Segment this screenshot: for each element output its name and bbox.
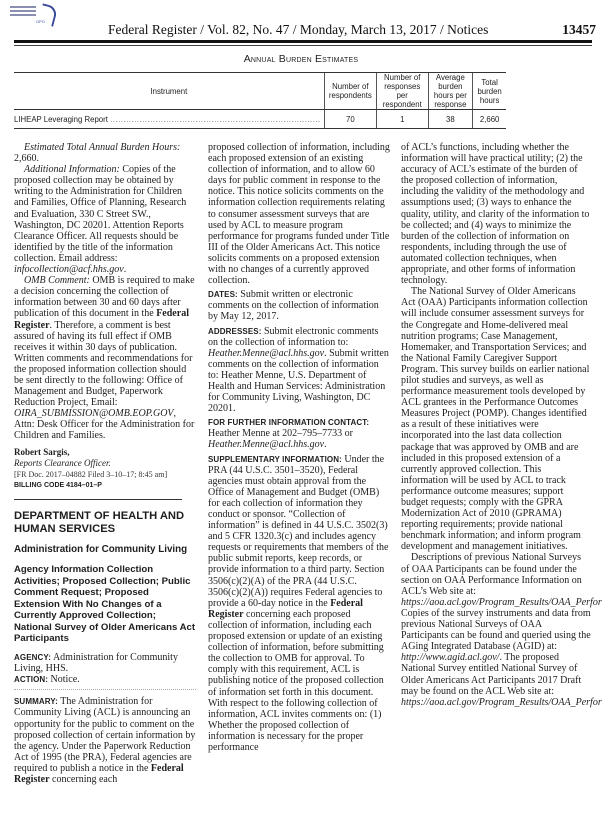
supplementary-label: SUPPLEMENTARY INFORMATION:	[208, 455, 342, 464]
omb-text: . Therefore, a comment is best assured o…	[14, 320, 192, 409]
menne-email-link[interactable]: Heather.Menne@acl.hhs.gov	[208, 348, 324, 359]
oira-email-link[interactable]: OIRA_SUBMISSION@OMB.EOP.GOV	[14, 408, 174, 419]
contact-label: FOR FURTHER INFORMATION CONTACT:	[208, 418, 369, 427]
department-heading: DEPARTMENT OF HEALTH AND HUMAN SERVICES	[14, 510, 196, 536]
omb-label: OMB Comment:	[24, 275, 90, 286]
cell-avg-hours: 38	[428, 110, 473, 129]
dates-label: DATES:	[208, 290, 238, 299]
agid-link[interactable]: http://www.agid.acl.gov/	[401, 652, 499, 663]
annual-burden-table: Instrument Number of respondents Number …	[14, 72, 506, 129]
addl-label: Additional Information:	[24, 164, 120, 175]
estimated-burden-paragraph: Estimated Total Annual Burden Hours: 2,6…	[14, 142, 196, 164]
est-label: Estimated Total Annual Burden Hours:	[24, 142, 180, 153]
action-text: Notice.	[48, 674, 80, 685]
col-header-respondents: Number of respondents	[324, 73, 376, 110]
section-divider	[14, 499, 182, 500]
fr-doc-line: [FR Doc. 2017–04882 Filed 3–10–17; 8:45 …	[14, 469, 196, 480]
leader-dots: ........................................…	[110, 115, 321, 124]
summary-text: concerning each	[50, 774, 118, 785]
signer-name: Robert Sargis,	[14, 447, 196, 458]
column-1: Estimated Total Annual Burden Hours: 2,6…	[14, 142, 196, 785]
agency-heading: Administration for Community Living	[14, 544, 196, 556]
column-2: proposed collection of information, incl…	[208, 142, 390, 753]
action-line: ACTION: Notice.	[14, 674, 196, 685]
column-3: of ACL’s functions, including whether th…	[401, 142, 591, 708]
col-header-avg-hours: Average burden hours per response	[428, 73, 473, 110]
previous-surveys-text: Descriptions of previous National Survey…	[401, 552, 582, 596]
addl-end: .	[124, 264, 127, 275]
cell-responses-per: 1	[376, 110, 428, 129]
contact-text: .	[324, 439, 327, 450]
summary-continued: proposed collection of information, incl…	[208, 142, 390, 286]
table-header-row: Instrument Number of respondents Number …	[14, 73, 506, 110]
table-row: LIHEAP Leveraging Report ...............…	[14, 110, 506, 129]
signer-title: Reports Clearance Officer.	[14, 458, 196, 469]
addresses-label: ADDRESSES:	[208, 327, 261, 336]
cell-total-hours: 2,660	[473, 110, 506, 129]
notice-subject-heading: Agency Information Collection Activities…	[14, 564, 196, 645]
header-rule-thin	[14, 45, 592, 46]
additional-info-paragraph: Additional Information: Copies of the pr…	[14, 164, 196, 275]
supplementary-text: concerning each proposed collection of i…	[208, 609, 384, 753]
col-header-instrument: Instrument	[14, 73, 324, 110]
logo-line	[10, 6, 36, 8]
running-head-title: Federal Register / Vol. 82, No. 47 / Mon…	[108, 22, 488, 38]
cell-respondents: 70	[324, 110, 376, 129]
contact-text: Heather Menne at 202–795–7733 or	[208, 428, 353, 439]
oaa-performance-link[interactable]: https://aoa.acl.gov/Program_Results/OAA_…	[401, 597, 602, 608]
page-header: Federal Register / Vol. 82, No. 47 / Mon…	[0, 22, 602, 38]
agency-label: AGENCY:	[14, 653, 51, 662]
action-label: ACTION:	[14, 675, 48, 684]
billing-code: BILLING CODE 4184–01–P	[14, 480, 196, 491]
supplementary-paragraph: SUPPLEMENTARY INFORMATION: Under the PRA…	[208, 454, 390, 754]
addresses-paragraph: ADDRESSES: Submit electronic comments on…	[208, 326, 390, 415]
dates-paragraph: DATES: Submit written or electronic comm…	[208, 289, 390, 322]
est-value: 2,660.	[14, 153, 39, 164]
page-number: 13457	[562, 22, 596, 38]
contact-paragraph: FOR FURTHER INFORMATION CONTACT: Heather…	[208, 417, 390, 450]
agency-line: AGENCY: Administration for Community Liv…	[14, 652, 196, 674]
col-header-responses-per: Number of responses per respondent	[376, 73, 428, 110]
oaa-performance-link[interactable]: https://aoa.acl.gov/Program_Results/OAA_…	[401, 697, 602, 708]
logo-line	[10, 14, 36, 16]
comments-invited-paragraph: of ACL’s functions, including whether th…	[401, 142, 591, 286]
omb-comment-paragraph: OMB Comment: OMB is required to make a d…	[14, 275, 196, 441]
header-rule-thick	[14, 40, 592, 43]
acf-email-link[interactable]: infocollection@acf.hhs.gov	[14, 264, 124, 275]
previous-surveys-paragraph: Descriptions of previous National Survey…	[401, 552, 591, 707]
instrument-name: LIHEAP Leveraging Report	[14, 115, 108, 124]
logo-line	[10, 10, 36, 12]
summary-paragraph: SUMMARY: The Administration for Communit…	[14, 696, 196, 785]
cell-instrument: LIHEAP Leveraging Report ...............…	[14, 110, 324, 129]
supplementary-text: Under the PRA (44 U.S.C. 3501–3520), Fed…	[208, 454, 389, 609]
col-header-total-hours: Total burden hours	[473, 73, 506, 110]
addl-text: Copies of the proposed collection may be…	[14, 164, 186, 264]
dotted-separator	[14, 689, 196, 690]
survey-description-paragraph: The National Survey of Older Americans A…	[401, 286, 591, 552]
table-title: Annual Burden Estimates	[0, 53, 602, 65]
menne-email-link[interactable]: Heather.Menne@acl.hhs.gov	[208, 439, 324, 450]
summary-label: SUMMARY:	[14, 697, 58, 706]
